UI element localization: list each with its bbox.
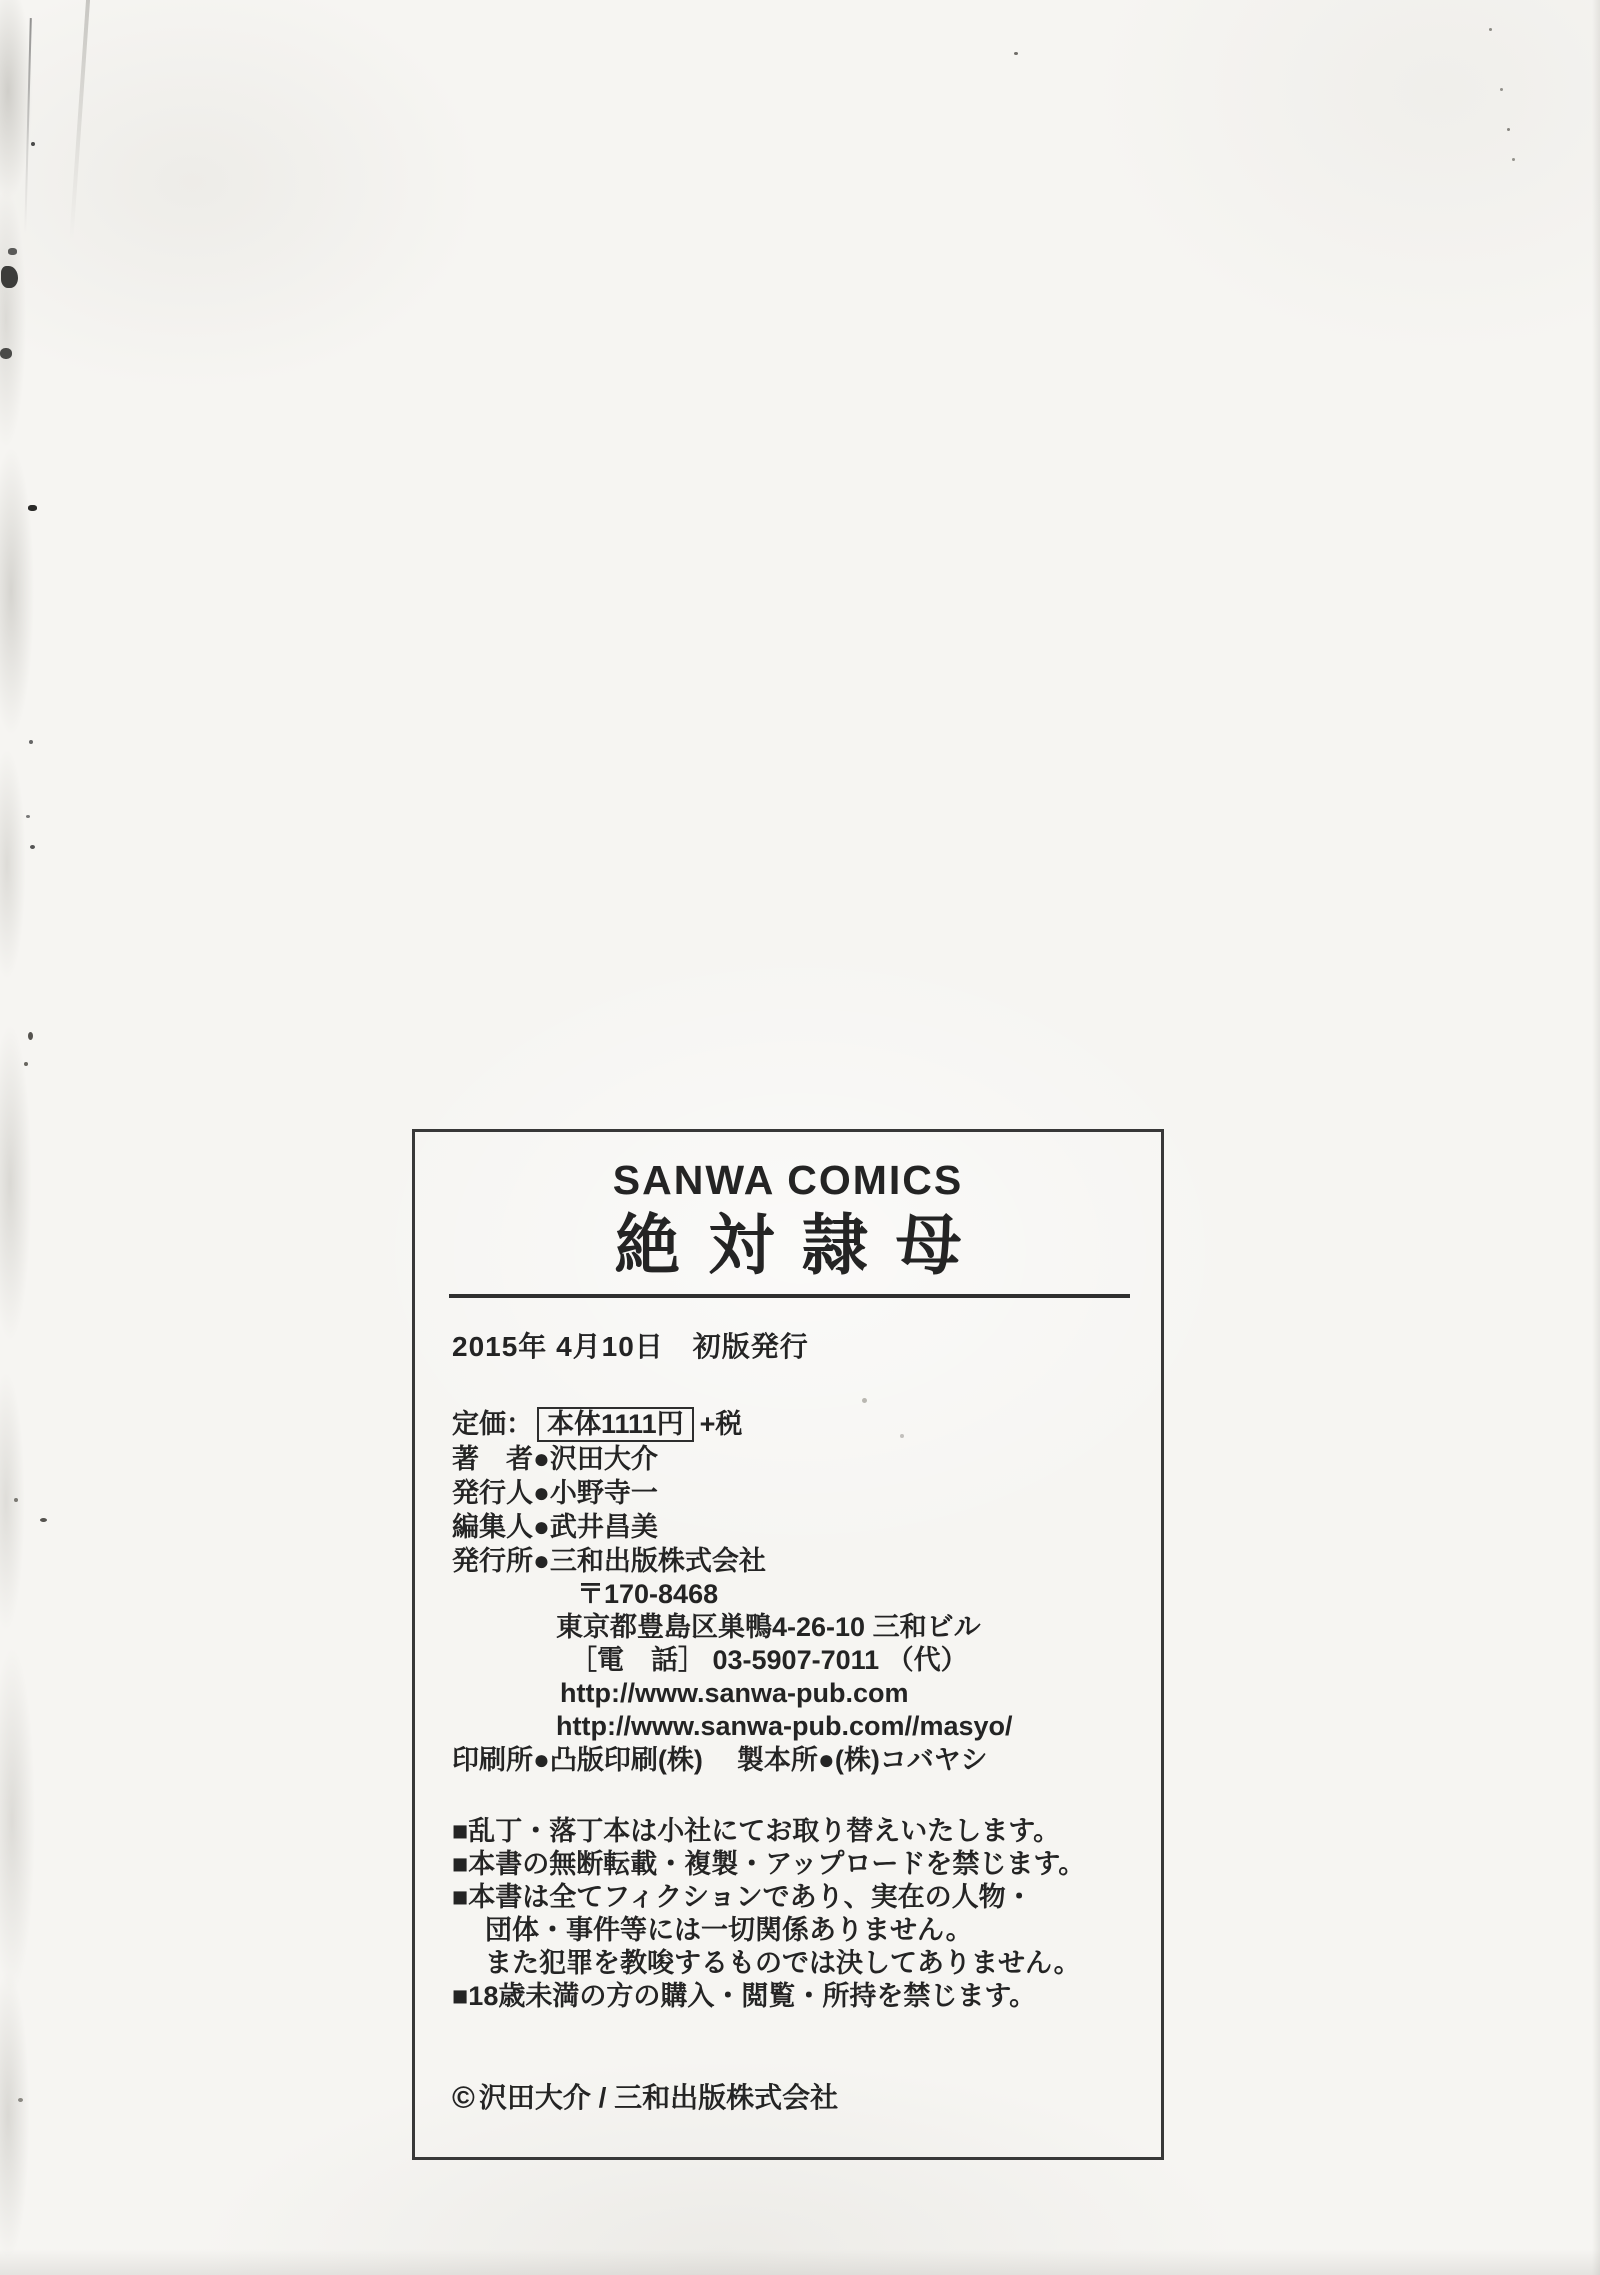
binder-label: 製本所 — [737, 1745, 818, 1775]
scan-speck — [1, 266, 18, 288]
binder-name: (株)コバヤシ — [835, 1745, 988, 1775]
bullet-icon: ● — [533, 1545, 550, 1576]
copyright-line: ©沢田大介 / 三和出版株式会社 — [452, 2076, 838, 2116]
edition-date-line: 2015年 4月10日 初版発行 — [452, 1325, 1161, 1365]
legal-notices: ■乱丁・落丁本は小社にてお取り替えいたします。 ■本書の無断転載・複製・アップロ… — [452, 1815, 1161, 2013]
address-line: 東京都豊島区巣鴨4-26-10 三和ビル — [452, 1611, 1161, 1644]
postal-code-line: 〒170-8468 — [452, 1578, 1161, 1611]
publisher-name: 三和出版株式会社 — [550, 1546, 766, 1576]
scan-speck — [1489, 28, 1492, 31]
author-name: 沢田大介 — [550, 1444, 658, 1474]
scan-speck — [31, 142, 35, 146]
copyright-icon: © — [452, 2080, 479, 2115]
bullet-icon: ● — [818, 1744, 835, 1775]
scan-speck — [28, 505, 37, 511]
scan-streak — [69, 0, 90, 240]
bullet-icon: ● — [533, 1477, 550, 1508]
editor-row: 編集人●武井昌美 — [452, 1510, 1161, 1544]
scan-speck — [18, 2098, 23, 2102]
scan-speck — [0, 348, 12, 359]
imprint-name: SANWA COMICS — [415, 1157, 1161, 1204]
publisher-person-label: 発行人 — [452, 1478, 533, 1508]
notice-line: ■本書は全てフィクションであり、実在の人物・ — [452, 1881, 1161, 1914]
bullet-icon: ● — [533, 1744, 550, 1775]
scan-speck — [1500, 88, 1503, 91]
scan-speck — [1512, 158, 1515, 161]
price-label: 定価： — [452, 1409, 533, 1439]
scan-speck — [8, 248, 17, 255]
price-row: 定価：本体1111円+税 — [452, 1407, 1161, 1442]
website-url: http://www.sanwa-pub.com — [452, 1677, 1161, 1710]
notice-line: ■本書の無断転載・複製・アップロードを禁じます。 — [452, 1848, 1161, 1881]
publication-info: 定価：本体1111円+税 著 者●沢田大介 発行人●小野寺一 編集人●武井昌美 … — [452, 1407, 1161, 1777]
scan-speck — [1507, 128, 1510, 131]
price-boxed-value: 本体1111円 — [537, 1407, 694, 1442]
scan-speck — [24, 1062, 28, 1066]
scan-speck — [30, 845, 35, 849]
notice-line: ■乱丁・落丁本は小社にてお取り替えいたします。 — [452, 1815, 1161, 1848]
left-edge-wear — [0, 0, 46, 2275]
scan-speck — [26, 815, 30, 818]
scan-speck — [40, 1518, 47, 1522]
scanned-page: SANWA COMICS 絶対隷母 2015年 4月10日 初版発行 定価：本体… — [0, 0, 1600, 2275]
website-url-2: http://www.sanwa-pub.com//masyo/ — [452, 1710, 1161, 1743]
scan-scratch — [24, 18, 32, 233]
notice-line: ■18歳未満の方の購入・閲覧・所持を禁じます。 — [452, 1980, 1161, 2013]
printer-name: 凸版印刷(株) — [550, 1745, 703, 1775]
price-suffix: +税 — [700, 1409, 743, 1439]
publisher-person-row: 発行人●小野寺一 — [452, 1476, 1161, 1510]
bullet-icon: ● — [533, 1443, 550, 1474]
author-label: 著 者 — [452, 1444, 533, 1474]
scan-speck — [28, 1032, 33, 1040]
book-title: 絶対隷母 — [415, 1212, 1161, 1278]
scan-speck — [1014, 52, 1018, 55]
colophon-box: SANWA COMICS 絶対隷母 2015年 4月10日 初版発行 定価：本体… — [412, 1129, 1164, 2160]
publisher-label: 発行所 — [452, 1546, 533, 1576]
right-edge-shadow — [1592, 0, 1600, 2275]
editor-name: 武井昌美 — [550, 1512, 658, 1542]
printer-label: 印刷所 — [452, 1745, 533, 1775]
bottom-edge-shadow — [0, 2249, 1600, 2275]
editor-label: 編集人 — [452, 1512, 533, 1542]
publisher-row: 発行所●三和出版株式会社 — [452, 1544, 1161, 1578]
scan-speck — [14, 1498, 18, 1502]
author-row: 著 者●沢田大介 — [452, 1442, 1161, 1476]
notice-line: また犯罪を教唆するものでは決してありません。 — [452, 1947, 1161, 1980]
bullet-icon: ● — [533, 1511, 550, 1542]
title-underline — [449, 1294, 1130, 1298]
printing-row: 印刷所●凸版印刷(株)製本所●(株)コバヤシ — [452, 1743, 1161, 1777]
scan-speck — [29, 740, 33, 744]
notice-line: 団体・事件等には一切関係ありません。 — [452, 1914, 1161, 1947]
publisher-person-name: 小野寺一 — [550, 1478, 658, 1508]
copyright-text: 沢田大介 / 三和出版株式会社 — [479, 2082, 838, 2113]
phone-line: ［電 話］ 03-5907-7011 （代） — [452, 1644, 1161, 1677]
